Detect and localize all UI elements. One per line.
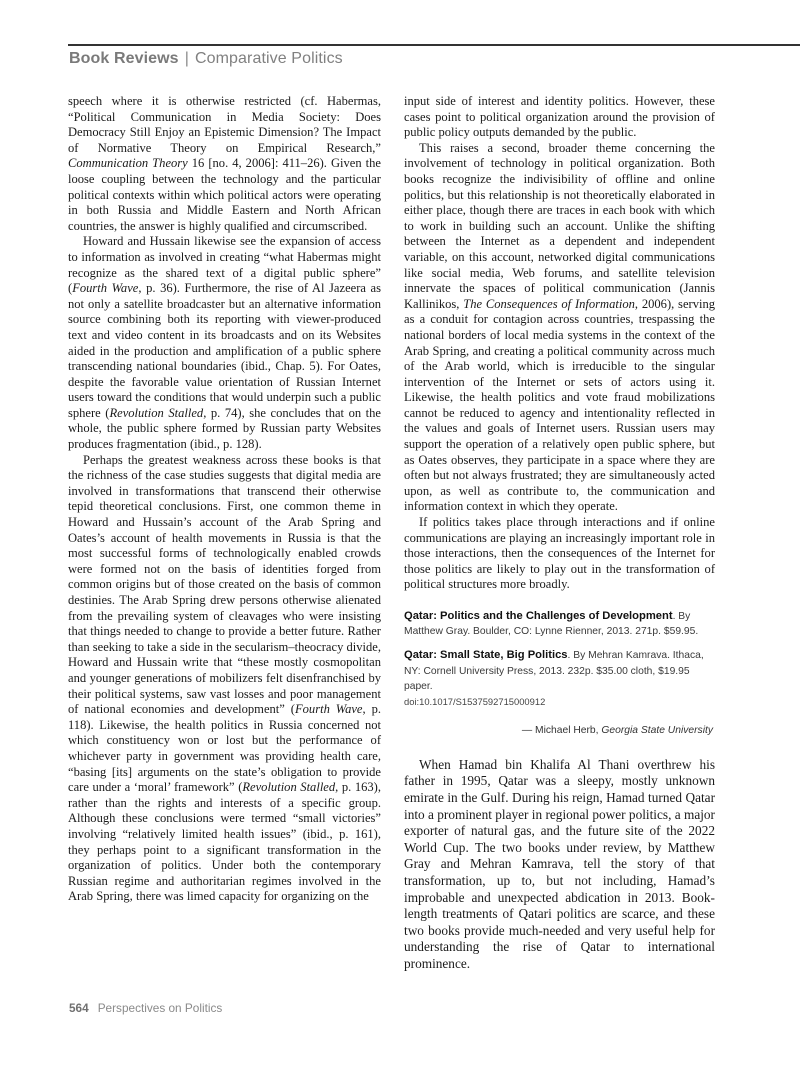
body-paragraph: speech where it is otherwise restricted … [68, 94, 381, 234]
cited-work-title: The Consequences of Information [463, 297, 635, 311]
cited-work-title: Revolution Stalled [109, 406, 203, 420]
paragraph-text: , p. 163), rather than the rights and in… [68, 780, 381, 903]
body-paragraph: Howard and Hussain likewise see the expa… [68, 234, 381, 452]
book-citation: Qatar: Politics and the Challenges of De… [404, 609, 715, 639]
journal-name: Perspectives on Politics [98, 1001, 223, 1015]
body-paragraph: Perhaps the greatest weakness across the… [68, 453, 381, 905]
top-rule [68, 44, 800, 46]
page-footer: 564Perspectives on Politics [69, 1001, 222, 1015]
reviewer-affiliation: Georgia State University [601, 725, 713, 736]
paragraph-text: , p. 36). Furthermore, the rise of Al Ja… [68, 281, 381, 420]
page-number: 564 [69, 1001, 89, 1015]
reviewer-byline: — Michael Herb, Georgia State University [404, 723, 715, 739]
book-title: Qatar: Small State, Big Politics [404, 649, 568, 661]
right-column-paragraphs: input side of interest and identity poli… [404, 94, 715, 593]
body-paragraph: input side of interest and identity poli… [404, 94, 715, 141]
book-citation: Qatar: Small State, Big Politics. By Meh… [404, 648, 715, 710]
cited-work-title: Fourth Wave [295, 702, 363, 716]
section-title: Book Reviews [69, 50, 179, 67]
left-column: speech where it is otherwise restricted … [68, 94, 381, 905]
cited-work-title: Revolution Stalled [242, 780, 335, 794]
cited-work-title: Communication Theory [68, 156, 188, 170]
running-head: Book Reviews|Comparative Politics [69, 50, 343, 68]
right-column: input side of interest and identity poli… [404, 94, 715, 973]
body-paragraph: If politics takes place through interact… [404, 515, 715, 593]
book-title: Qatar: Politics and the Challenges of De… [404, 610, 673, 622]
doi-link[interactable]: doi:10.1017/S1537592715000912 [404, 696, 545, 707]
subsection-title: Comparative Politics [195, 50, 343, 67]
paragraph-text: input side of interest and identity poli… [404, 94, 715, 139]
header-separator: | [185, 50, 189, 67]
paragraph-text: speech where it is otherwise restricted … [68, 94, 381, 155]
reviewer-name: — Michael Herb, [522, 725, 602, 736]
paragraph-text: Perhaps the greatest weakness across the… [68, 453, 381, 717]
paragraph-text: This raises a second, broader theme conc… [404, 141, 715, 311]
review-intro-paragraph: When Hamad bin Khalifa Al Thani overthre… [404, 757, 715, 973]
paragraph-text: If politics takes place through interact… [404, 515, 715, 591]
cited-work-title: Fourth Wave [72, 281, 138, 295]
book-citations: Qatar: Politics and the Challenges of De… [404, 609, 715, 710]
paragraph-text: , 2006), serving as a conduit for contag… [404, 297, 715, 514]
body-paragraph: This raises a second, broader theme conc… [404, 141, 715, 515]
